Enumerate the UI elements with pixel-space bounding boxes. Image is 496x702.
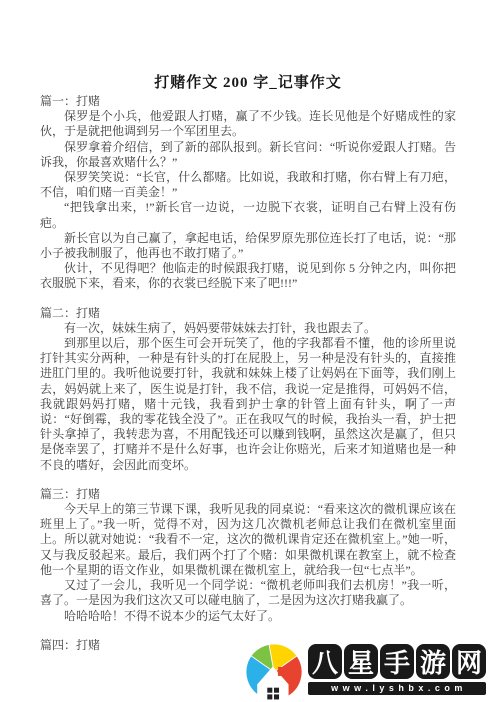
site-name-char-tile: 八 [308, 644, 342, 679]
essay-section-1: 篇一：打赌 保罗是个小兵，他爱跟人打赌，赢了不少钱。连长见他是个好赌成性的家伙，… [40, 94, 456, 292]
section-heading: 篇一：打赌 [40, 94, 456, 109]
page-title: 打赌作文 200 字_记事作文 [0, 71, 496, 92]
essay-section-3: 篇三：打赌 今天早上的第三节课下课，我听见我的同桌说：“看来这次的微机课应该在班… [40, 487, 456, 624]
paragraph: 又过了一会儿，我听见一个同学说：“微机老师叫我们去机房！”我一听，喜了。一是因为… [40, 578, 456, 608]
paragraph: 到那里以后，那个医生可会开玩笑了，他的字我都看不懂，他的诊所里说打针其实分两种，… [40, 336, 456, 473]
document-page: 打赌作文 200 字_记事作文 篇一：打赌 保罗是个小兵，他爱跟人打赌，赢了不少… [0, 0, 496, 702]
watermark-text-block: 八 星 手 游 网 www.lyshbx.com [308, 644, 486, 695]
paragraph: 有一次，妹妹生病了，妈妈要带妹妹去打针，我也跟去了。 [40, 321, 456, 336]
document-body: 篇一：打赌 保罗是个小兵，他爱跟人打赌，赢了不少钱。连长见他是个好赌成性的家伙，… [40, 94, 456, 667]
essay-section-2: 篇二：打赌 有一次，妹妹生病了，妈妈要带妹妹去打针，我也跟去了。 到那里以后，那… [40, 306, 456, 473]
site-name: 八 星 手 游 网 [308, 644, 486, 679]
section-heading: 篇二：打赌 [40, 306, 456, 321]
paragraph: 伙计，不见得吧？他临走的时候跟我打赌，说见到你 5 分钟之内，叫你把衣服脱下来，… [40, 261, 456, 291]
paragraph: 保罗笑笑说：“长官，什么都赌。比如说，我敢和打赌，你右臂上有刀疤，不信，咱们赌一… [40, 170, 456, 200]
site-url: www.lyshbx.com [308, 682, 486, 695]
section-heading: 篇三：打赌 [40, 487, 456, 502]
site-name-char-tile: 网 [452, 644, 486, 679]
rainbow-house-logo-icon [246, 644, 302, 700]
paragraph: “把钱拿出来，!”新长官一边说，一边脱下衣裳，证明自己右臂上没有伤疤。 [40, 200, 456, 230]
site-name-char-tile: 手 [380, 644, 414, 679]
site-name-char-tile: 游 [416, 644, 450, 679]
paragraph: 保罗是个小兵，他爱跟人打赌，赢了不少钱。连长见他是个好赌成性的家伙，于是就把他调… [40, 109, 456, 139]
site-watermark: 八 星 手 游 网 www.lyshbx.com [246, 644, 486, 700]
paragraph: 今天早上的第三节课下课，我听见我的同桌说：“看来这次的微机课应该在班里上了。”我… [40, 502, 456, 578]
paragraph: 保罗拿着介绍信，到了新的部队报到。新长官问：“听说你爱跟人打赌。告诉我，你最喜欢… [40, 140, 456, 170]
site-name-char-tile: 星 [344, 644, 378, 679]
logo-chimney [278, 667, 283, 676]
paragraph: 哈哈哈哈！不得不说本少的运气太好了。 [40, 609, 456, 624]
paragraph: 新长官以为自己赢了，拿起电话，给保罗原先那位连长打了电话，说：“那小子被我制服了… [40, 231, 456, 261]
